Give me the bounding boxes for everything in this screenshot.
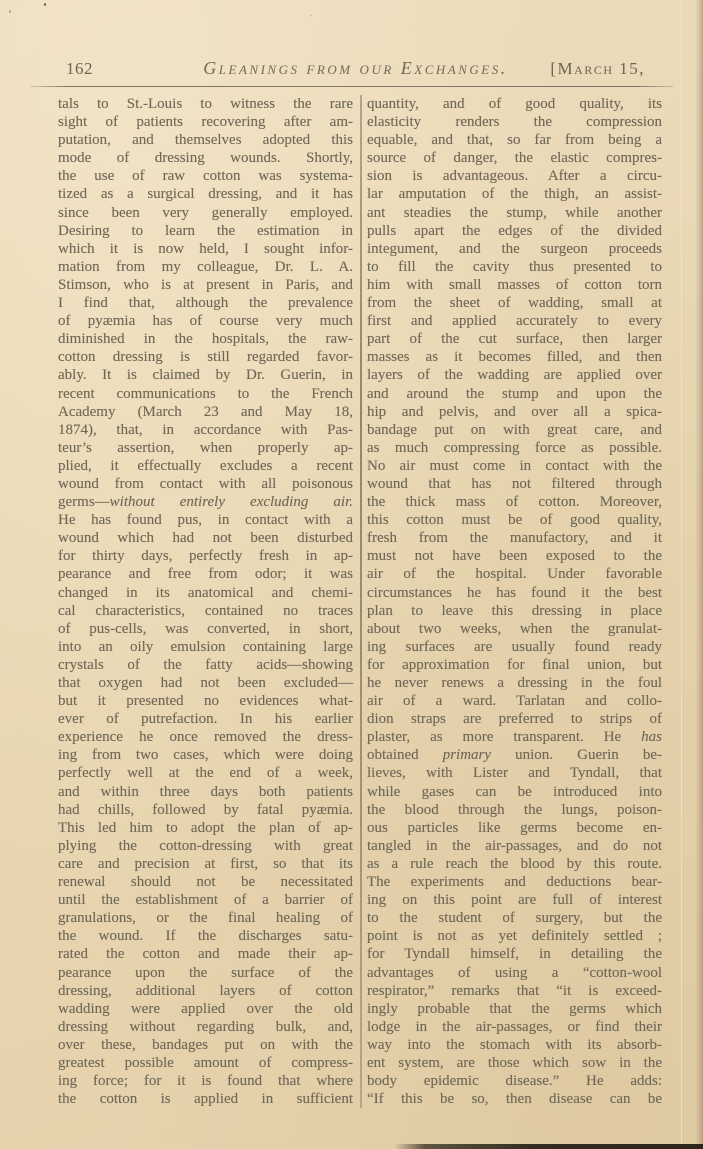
text-line: lodge in the air-passages, or find their xyxy=(367,1018,662,1036)
text-line: about two weeks, when the granulat- xyxy=(367,620,662,638)
text-line: to the student of surgery, but the xyxy=(367,909,662,927)
text-line: ing surfaces are usually found ready xyxy=(367,638,662,656)
text-line: as a rule reach the blood by this route. xyxy=(367,855,662,873)
text-line: respirator,” remarks that “it is exceed- xyxy=(367,982,662,1000)
text-line: must not have been exposed to the xyxy=(367,547,662,565)
text-line: Stimson, who is at present in Paris, and xyxy=(58,276,353,294)
text-line: integument, and the surgeon proceeds xyxy=(367,240,662,258)
text-line: renewal should not be necessitated xyxy=(58,873,353,891)
text-line: mode of dressing wounds. Shortly, xyxy=(58,149,353,167)
text-line: changed in its anatomical and chemi- xyxy=(58,584,353,602)
text-line: which it is now held, I sought infor- xyxy=(58,240,353,258)
text-line: equable, and that, so far from being a xyxy=(367,131,662,149)
text-line: teur’s assertion, when properly ap- xyxy=(58,439,353,457)
text-line: dressing without regarding bulk, and, xyxy=(58,1018,353,1036)
text-line: plan to leave this dressing in place xyxy=(367,602,662,620)
text-line: diminished in the hospitals, the raw- xyxy=(58,330,353,348)
text-line: point is not as yet definitely settled ; xyxy=(367,927,662,945)
text-line: over these, bandages put on with the xyxy=(58,1036,353,1054)
column-divider xyxy=(360,95,362,1108)
text-line: ably. It is claimed by Dr. Guerin, in xyxy=(58,366,353,384)
text-line: tized as a surgical dressing, and it has xyxy=(58,185,353,203)
text-line: since been very generally employed. xyxy=(58,204,353,222)
text-line: ent system, are those which sow in the xyxy=(367,1054,662,1072)
page-number: 162 xyxy=(66,59,186,79)
page-crease xyxy=(681,0,682,1149)
text-line: wadding were applied over the old xyxy=(58,1000,353,1018)
text-line: for approximation for final union, but xyxy=(367,656,662,674)
text-line: and within three days both patients xyxy=(58,783,353,801)
text-line: No air must come in contact with the xyxy=(367,457,662,475)
header-rule xyxy=(30,86,673,87)
page-header: 162 Gleanings from our Exchanges. [March… xyxy=(0,0,703,79)
text-line: perfectly well at the end of a week, xyxy=(58,764,353,782)
text-line: sion is advantageous. After a circu- xyxy=(367,167,662,185)
text-line: lieves, with Lister and Tyndall, that xyxy=(367,764,662,782)
text-line: layers of the wadding are applied over xyxy=(367,366,662,384)
text-line: ing force; for it is found that where xyxy=(58,1072,353,1090)
text-line: pulls apart the edges of the divided xyxy=(367,222,662,240)
text-line: recent communications to the French xyxy=(58,385,353,403)
text-line: masses as it becomes filled, and then xyxy=(367,348,662,366)
text-line: from the sheet of wadding, small at xyxy=(367,294,662,312)
text-line: tals to St.-Louis to witness the rare xyxy=(58,95,353,113)
text-line: ous particles like germs become en- xyxy=(367,819,662,837)
text-line: him with small masses of cotton torn xyxy=(367,276,662,294)
scan-edge-bottom xyxy=(394,1144,703,1149)
text-line: he never renews a dressing in the foul xyxy=(367,674,662,692)
text-line: wound that has not filtered through xyxy=(367,475,662,493)
text-line: air of the hospital. Under favorable xyxy=(367,565,662,583)
text-line: advantages of using a “cotton-wool xyxy=(367,964,662,982)
text-line: that oxygen had not been excluded— xyxy=(58,674,353,692)
text-line: ever of putrefaction. In his earlier xyxy=(58,710,353,728)
journal-page: 162 Gleanings from our Exchanges. [March… xyxy=(0,0,703,1149)
text-line: This led him to adopt the plan of ap- xyxy=(58,819,353,837)
text-line: care and precision at first, so that its xyxy=(58,855,353,873)
text-line: but it presented no evidences what- xyxy=(58,692,353,710)
text-line: Academy (March 23 and May 18, xyxy=(58,403,353,421)
text-line: He has found pus, in contact with a xyxy=(58,511,353,529)
text-line: the blood through the lungs, poison- xyxy=(367,801,662,819)
left-column: tals to St.-Louis to witness the raresig… xyxy=(58,95,353,1108)
text-line: of pus-cells, was converted, in short, xyxy=(58,620,353,638)
text-line: as much compressing force as possible. xyxy=(367,439,662,457)
text-line: dressing, additional layers of cotton xyxy=(58,982,353,1000)
text-line: putation, and themselves adopted this xyxy=(58,131,353,149)
text-line: lar amputation of the thigh, an assist- xyxy=(367,185,662,203)
text-line: germs—without entirely excluding air. xyxy=(58,493,353,511)
text-line: this cotton must be of good quality, xyxy=(367,511,662,529)
text-line: The experiments and deductions bear- xyxy=(367,873,662,891)
text-line: the thick mass of cotton. Moreover, xyxy=(367,493,662,511)
text-line: first and applied accurately to every xyxy=(367,312,662,330)
text-line: plying the cotton-dressing with great xyxy=(58,837,353,855)
text-line: had chills, followed by fatal pyæmia. xyxy=(58,801,353,819)
text-line: bandage put on with great care, and xyxy=(367,421,662,439)
text-line: until the establishment of a barrier of xyxy=(58,891,353,909)
text-line: quantity, and of good quality, its xyxy=(367,95,662,113)
text-line: ingly probable that the germs which xyxy=(367,1000,662,1018)
text-line: ing on this point are full of interest xyxy=(367,891,662,909)
text-line: part of the cut surface, then larger xyxy=(367,330,662,348)
text-line: experience he once removed the dress- xyxy=(58,728,353,746)
running-title: Gleanings from our Exchanges. xyxy=(186,58,525,79)
text-line: crystals of the fatty acids—showing xyxy=(58,656,353,674)
text-line: pearance and free from odor; it was xyxy=(58,565,353,583)
text-line: rated the cotton and made their ap- xyxy=(58,945,353,963)
text-line: sight of patients recovering after am- xyxy=(58,113,353,131)
text-line: granulations, or the final healing of xyxy=(58,909,353,927)
text-line: dion straps are preferred to strips of xyxy=(367,710,662,728)
text-line: pearance upon the surface of the xyxy=(58,964,353,982)
text-line: and around the stump and upon the xyxy=(367,385,662,403)
text-line: way into the stomach with its absorb- xyxy=(367,1036,662,1054)
text-line: obtained primary union. Guerin be- xyxy=(367,746,662,764)
text-line: ing from two cases, which were doing xyxy=(58,746,353,764)
text-line: while gases can be introduced into xyxy=(367,783,662,801)
text-line: I find that, although the prevalence xyxy=(58,294,353,312)
text-line: hip and pelvis, and over all a spica- xyxy=(367,403,662,421)
text-line: cotton dressing is still regarded favor- xyxy=(58,348,353,366)
text-line: mation from my colleague, Dr. L. A. xyxy=(58,258,353,276)
text-line: wound from contact with all poisonous xyxy=(58,475,353,493)
text-line: fresh from the manufactory, and it xyxy=(367,529,662,547)
text-line: “If this be so, then disease can be xyxy=(367,1090,662,1108)
text-line: ant steadies the stump, while another xyxy=(367,204,662,222)
text-line: Desiring to learn the estimation in xyxy=(58,222,353,240)
text-line: of pyæmia has of course very much xyxy=(58,312,353,330)
text-line: the use of raw cotton was systema- xyxy=(58,167,353,185)
text-line: body epidemic disease.” He adds: xyxy=(367,1072,662,1090)
text-line: circumstances he has found it the best xyxy=(367,584,662,602)
text-line: air of a ward. Tarlatan and collo- xyxy=(367,692,662,710)
text-line: plaster, as more transparent. He has xyxy=(367,728,662,746)
text-line: cal characteristics, contained no traces xyxy=(58,602,353,620)
right-column: quantity, and of good quality, itselasti… xyxy=(367,95,662,1108)
text-line: the cotton is applied in sufficient xyxy=(58,1090,353,1108)
text-line: plied, it effectually excludes a recent xyxy=(58,457,353,475)
text-line: to fill the cavity thus presented to xyxy=(367,258,662,276)
issue-date: [March 15, xyxy=(525,59,645,79)
text-line: for Tyndall himself, in detailing the xyxy=(367,945,662,963)
text-line: the wound. If the discharges satu- xyxy=(58,927,353,945)
text-line: for thirty days, perfectly fresh in ap- xyxy=(58,547,353,565)
text-line: into an oily emulsion containing large xyxy=(58,638,353,656)
text-line: 1874), that, in accordance with Pas- xyxy=(58,421,353,439)
scan-edge-right xyxy=(695,0,703,1149)
text-line: source of danger, the elastic compres- xyxy=(367,149,662,167)
text-line: elasticity renders the compression xyxy=(367,113,662,131)
text-line: tangled in the air-passages, and do not xyxy=(367,837,662,855)
page-body: tals to St.-Louis to witness the raresig… xyxy=(58,95,662,1108)
text-line: greatest possible amount of compress- xyxy=(58,1054,353,1072)
text-line: wound which had not been disturbed xyxy=(58,529,353,547)
